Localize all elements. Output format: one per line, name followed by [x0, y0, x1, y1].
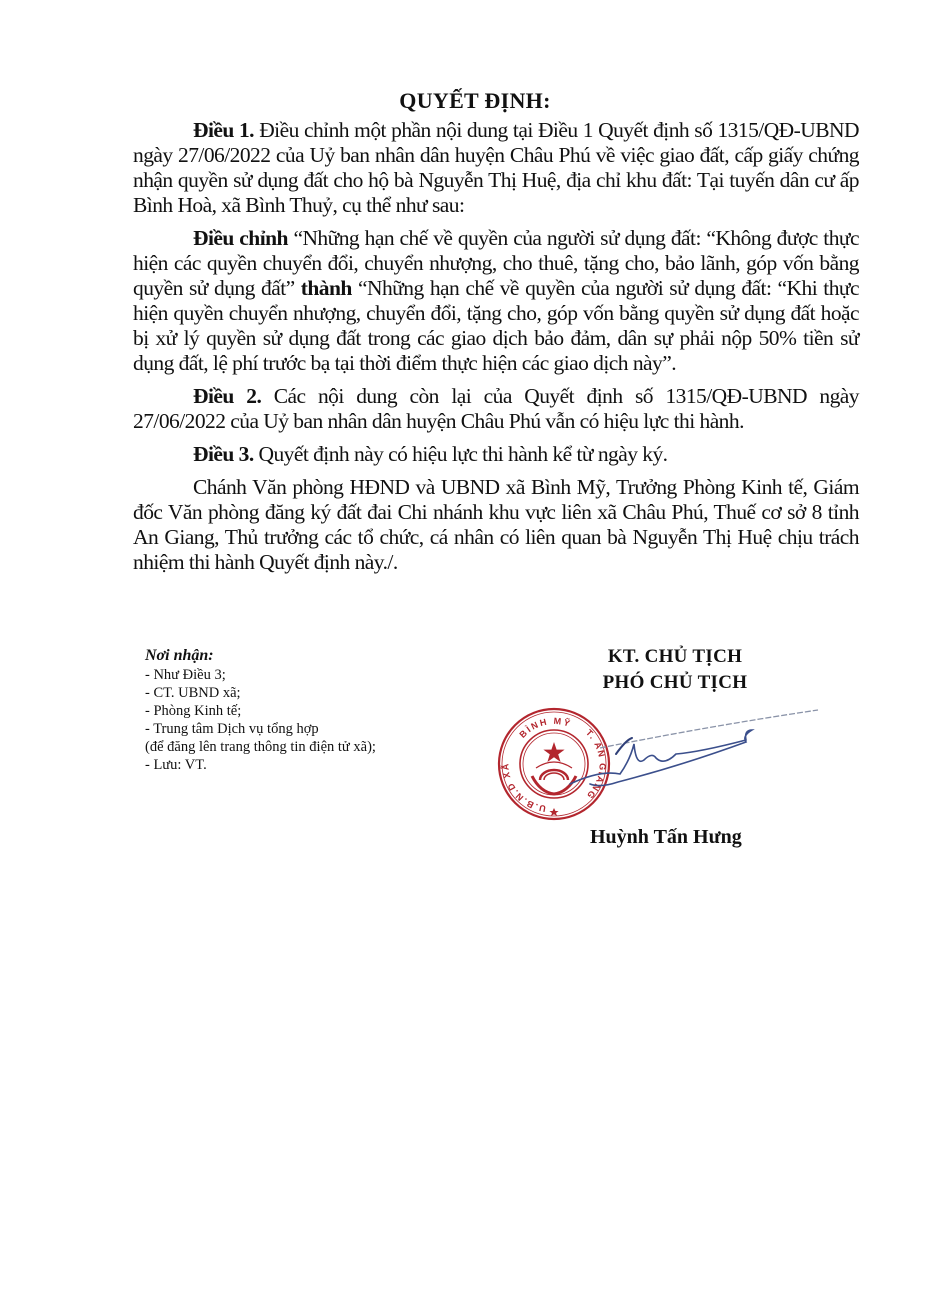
decision-body: Điều 1. Điều chỉnh một phần nội dung tại…: [133, 118, 859, 583]
recipients-heading: Nơi nhận:: [145, 646, 475, 666]
recipient-item: - CT. UBND xã;: [145, 684, 475, 702]
article-2-label: Điều 2.: [193, 384, 261, 408]
document-page: QUYẾT ĐỊNH: Điều 1. Điều chỉnh một phần …: [0, 0, 950, 1308]
article-3: Điều 3. Quyết định này có hiệu lực thi h…: [133, 442, 859, 467]
handwritten-signature-icon: [560, 700, 820, 790]
signer-position: PHÓ CHỦ TỊCH: [560, 670, 790, 696]
recipient-item: - Lưu: VT.: [145, 756, 475, 774]
signer-name: Huỳnh Tấn Hưng: [590, 826, 742, 849]
article-1: Điều 1. Điều chỉnh một phần nội dung tại…: [133, 118, 859, 218]
signer-authority: KT. CHỦ TỊCH: [560, 644, 790, 670]
article-1-label: Điều 1.: [193, 118, 254, 142]
decision-heading: QUYẾT ĐỊNH:: [0, 88, 950, 114]
recipient-item: (để đăng lên trang thông tin điện tử xã)…: [145, 738, 475, 756]
amendment-into-label: thành: [301, 276, 352, 300]
article-1-amendment: Điều chỉnh “Những hạn chế về quyền của n…: [133, 226, 859, 376]
article-2: Điều 2. Các nội dung còn lại của Quyết đ…: [133, 384, 859, 434]
amendment-label: Điều chỉnh: [193, 226, 288, 250]
article-3-text: Quyết định này có hiệu lực thi hành kể t…: [254, 442, 668, 466]
closing-paragraph: Chánh Văn phòng HĐND và UBND xã Bình Mỹ,…: [133, 475, 859, 575]
recipient-item: - Như Điều 3;: [145, 666, 475, 684]
article-3-label: Điều 3.: [193, 442, 254, 466]
recipients-list: Nơi nhận: - Như Điều 3; - CT. UBND xã; -…: [145, 646, 475, 774]
signature-title-block: KT. CHỦ TỊCH PHÓ CHỦ TỊCH: [560, 644, 790, 696]
recipient-item: - Phòng Kinh tế;: [145, 702, 475, 720]
recipient-item: - Trung tâm Dịch vụ tổng hợp: [145, 720, 475, 738]
